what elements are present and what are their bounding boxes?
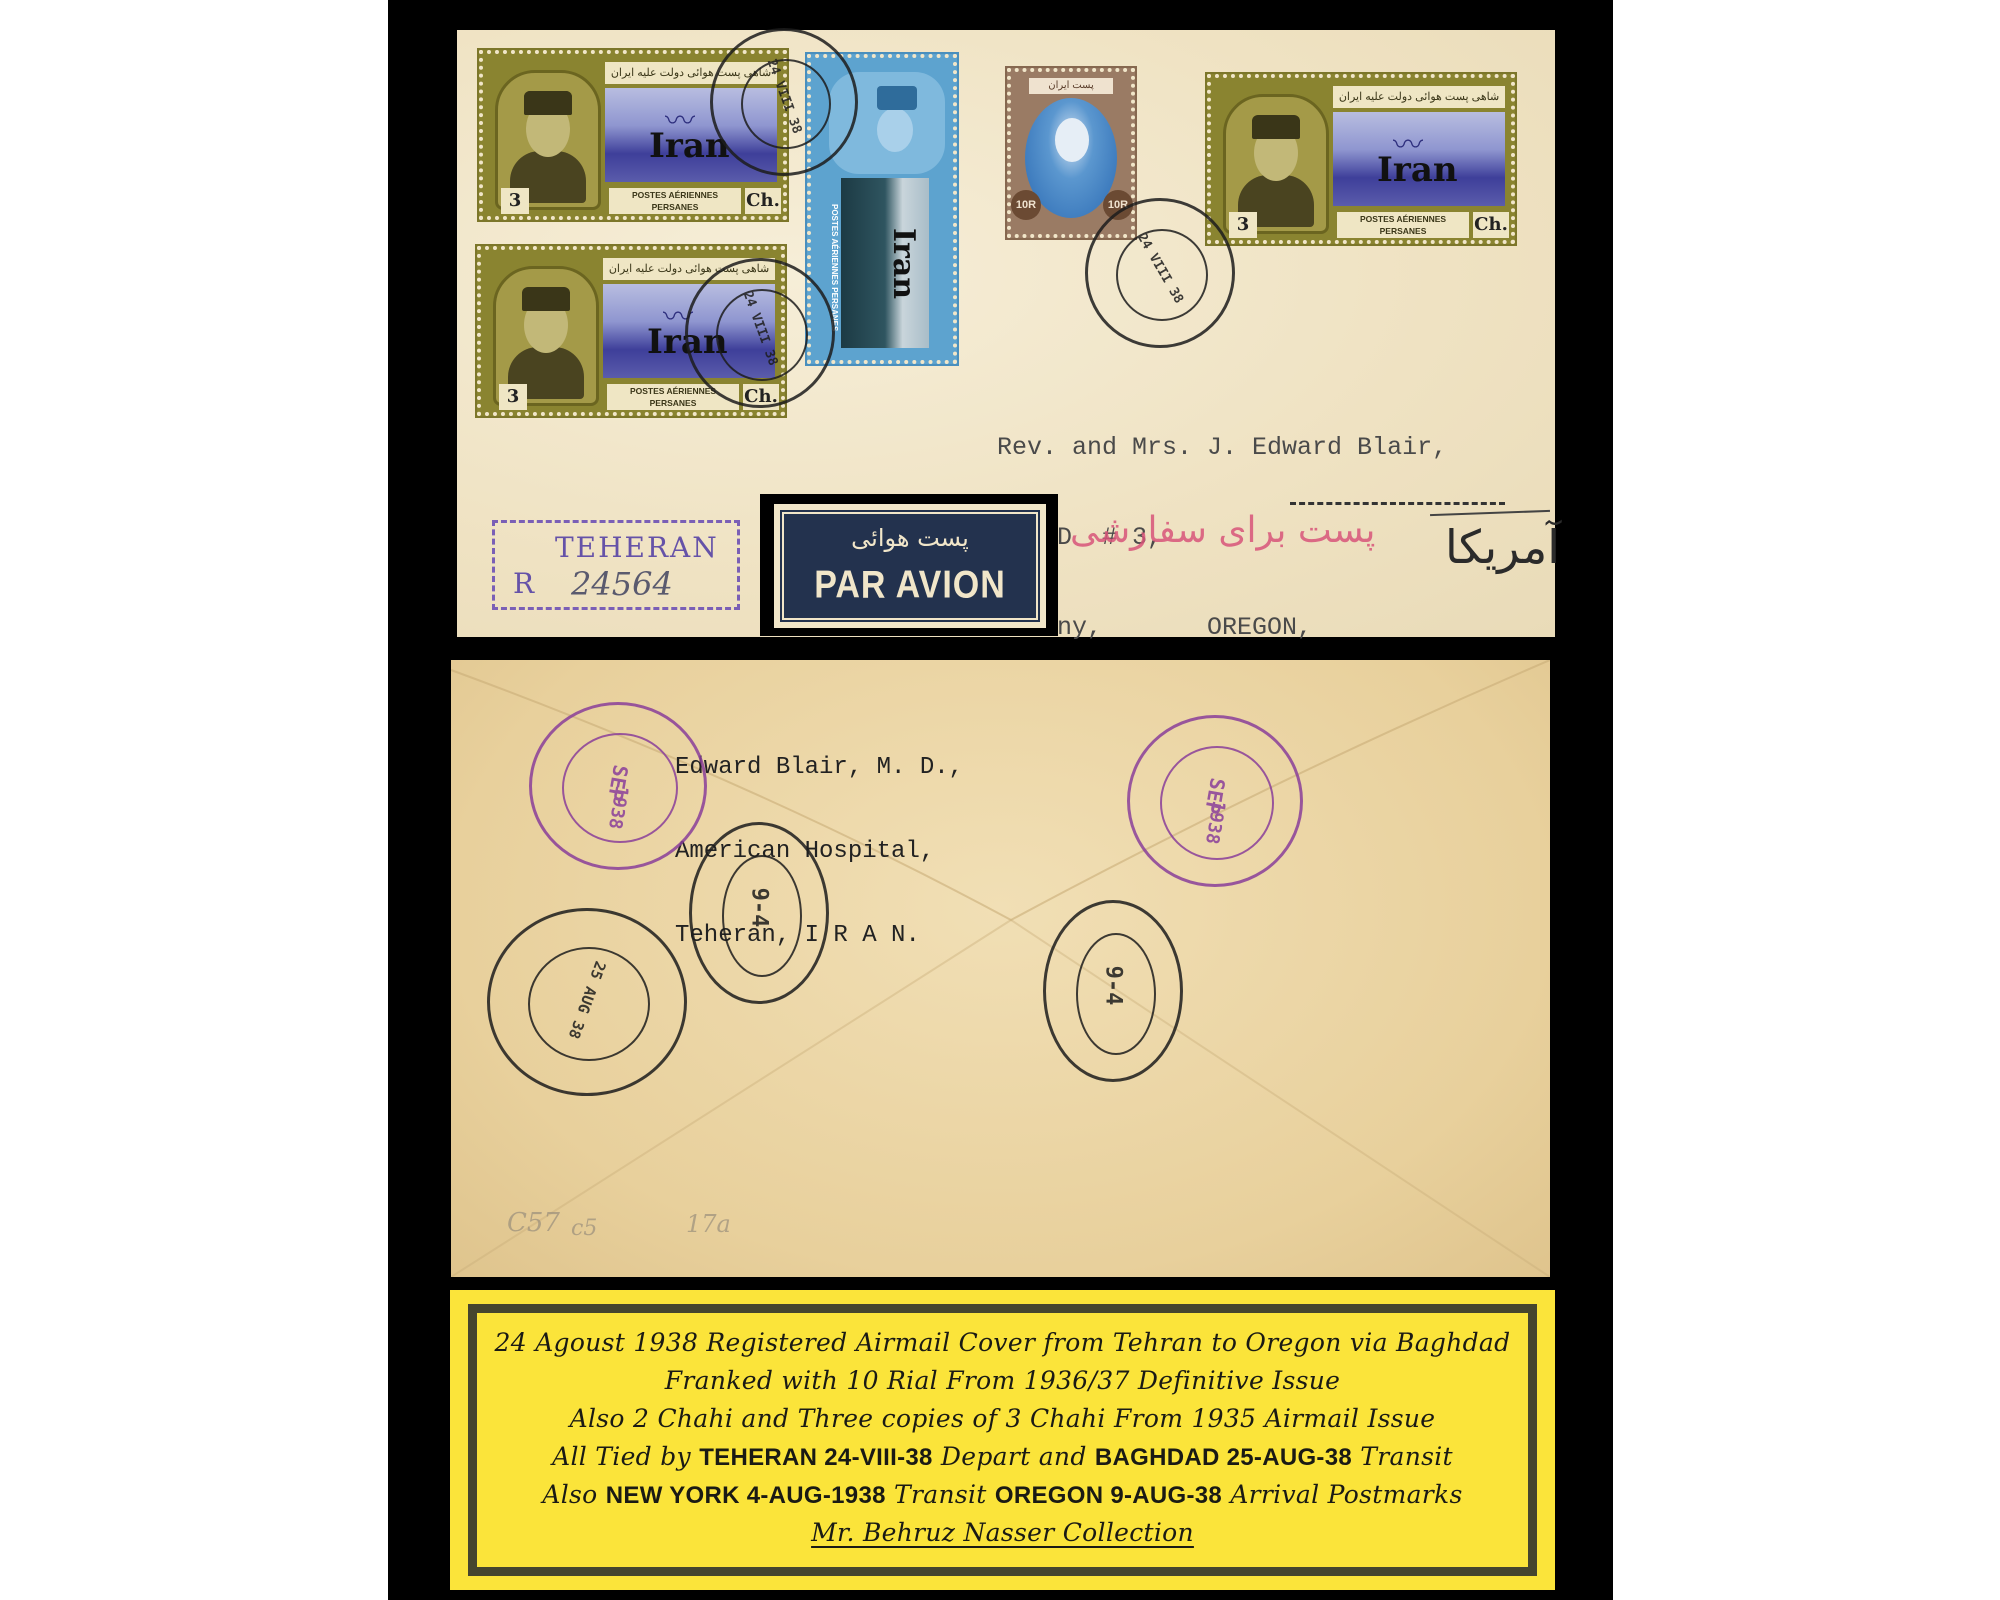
- par-avion-label-backing: پست هوائی PAR AVION: [760, 494, 1058, 636]
- par-avion-label: پست هوائی PAR AVION: [774, 504, 1046, 628]
- postmark-new-york-ref: NEW YORK 4-AUG-1938: [606, 1482, 886, 1509]
- registration-number: 24564: [571, 565, 673, 603]
- cover-back: Edward Blair, M. D., American Hospital, …: [451, 660, 1550, 1277]
- caption-line-3: Also 2 Chahi and Three copies of 3 Chahi…: [450, 1400, 1555, 1438]
- caption-card: 24 Agoust 1938 Registered Airmail Cover …: [450, 1290, 1555, 1590]
- stamp-scene: 〰 Iran: [1333, 112, 1505, 206]
- postmark-baghdad-ref: BAGHDAD 25-AUG-38: [1095, 1444, 1352, 1471]
- registration-label: TEHERAN R 24564: [492, 520, 740, 610]
- stamp-airmail-3ch-3: شاهی پست هوائی دولت علیه ایران 〰 Iran 3 …: [1207, 74, 1515, 244]
- caption-collection-credit: Mr. Behruz Nasser Collection: [450, 1514, 1555, 1552]
- registration-prefix: R: [513, 567, 534, 600]
- pencil-note-3: 17a: [686, 1210, 731, 1238]
- postmark-teheran-ref: TEHERAN 24-VIII-38: [699, 1444, 932, 1471]
- par-avion-farsi: پست هوائی: [784, 524, 1036, 552]
- red-farsi-registered-note: پست برای سفارشی: [1070, 510, 1375, 551]
- postmark-teheran-2: 24 VIII 38: [685, 258, 835, 408]
- caption-line-5: Also NEW YORK 4-AUG-1938 Transit OREGON …: [450, 1476, 1555, 1514]
- postmark-teheran-3: 24 VIII 38: [1085, 198, 1235, 348]
- stamp-inscription: POSTES AÉRIENNES PERSANES: [609, 188, 741, 214]
- address-underline-dashes: [1290, 502, 1505, 505]
- postmark-new-york-2: 9-4: [1043, 900, 1183, 1082]
- postmark-albany-registered-2: SEP 1938: [1127, 715, 1303, 887]
- stamp-farsi-inscription: شاهی پست هوائی دولت علیه ایران: [1333, 86, 1505, 108]
- postmark-oregon-ref: OREGON 9-AUG-38: [995, 1482, 1222, 1509]
- postmark-new-york-1: 9-4: [689, 822, 829, 1004]
- caption-line-1: 24 Agoust 1938 Registered Airmail Cover …: [450, 1324, 1555, 1362]
- postmark-baghdad: 25 AUG 38: [487, 908, 687, 1096]
- stamp-currency: Ch.: [1473, 212, 1509, 238]
- stamp-farsi-inscription: پست ایران: [1029, 78, 1113, 94]
- ink-farsi-america-note: آمریکا: [1445, 520, 1560, 574]
- pencil-note-2: c5: [571, 1216, 597, 1241]
- caption-line-2: Franked with 10 Rial From 1936/37 Defini…: [450, 1362, 1555, 1400]
- stamp-overprint: Iran: [886, 228, 921, 299]
- stamp-overprint: Iran: [1377, 150, 1458, 190]
- stamp-currency: Ch.: [745, 188, 781, 214]
- stamp-value: 3: [501, 188, 529, 214]
- address-line-3: Albany, OREGON,: [997, 613, 1477, 643]
- pencil-note-1: C57: [507, 1208, 560, 1238]
- stamp-value: 10R: [1011, 190, 1041, 220]
- registration-city: TEHERAN: [555, 531, 719, 564]
- postmark-teheran-1: 24 VIII 38: [710, 28, 858, 176]
- par-avion-text: PAR AVION: [784, 563, 1036, 608]
- stamp-value: 3: [1229, 212, 1257, 238]
- sender-line-1: Edward Blair, M. D.,: [675, 754, 963, 782]
- caption-line-4: All Tied by TEHERAN 24-VIII-38 Depart an…: [450, 1438, 1555, 1476]
- stamp-value: 3: [499, 384, 527, 410]
- postmark-albany-registered-1: SEP 1938: [529, 702, 707, 870]
- caption-text: 24 Agoust 1938 Registered Airmail Cover …: [450, 1324, 1555, 1552]
- stamp-inscription: POSTES AÉRIENNES PERSANES: [1337, 212, 1469, 238]
- address-line-1: Rev. and Mrs. J. Edward Blair,: [997, 433, 1477, 463]
